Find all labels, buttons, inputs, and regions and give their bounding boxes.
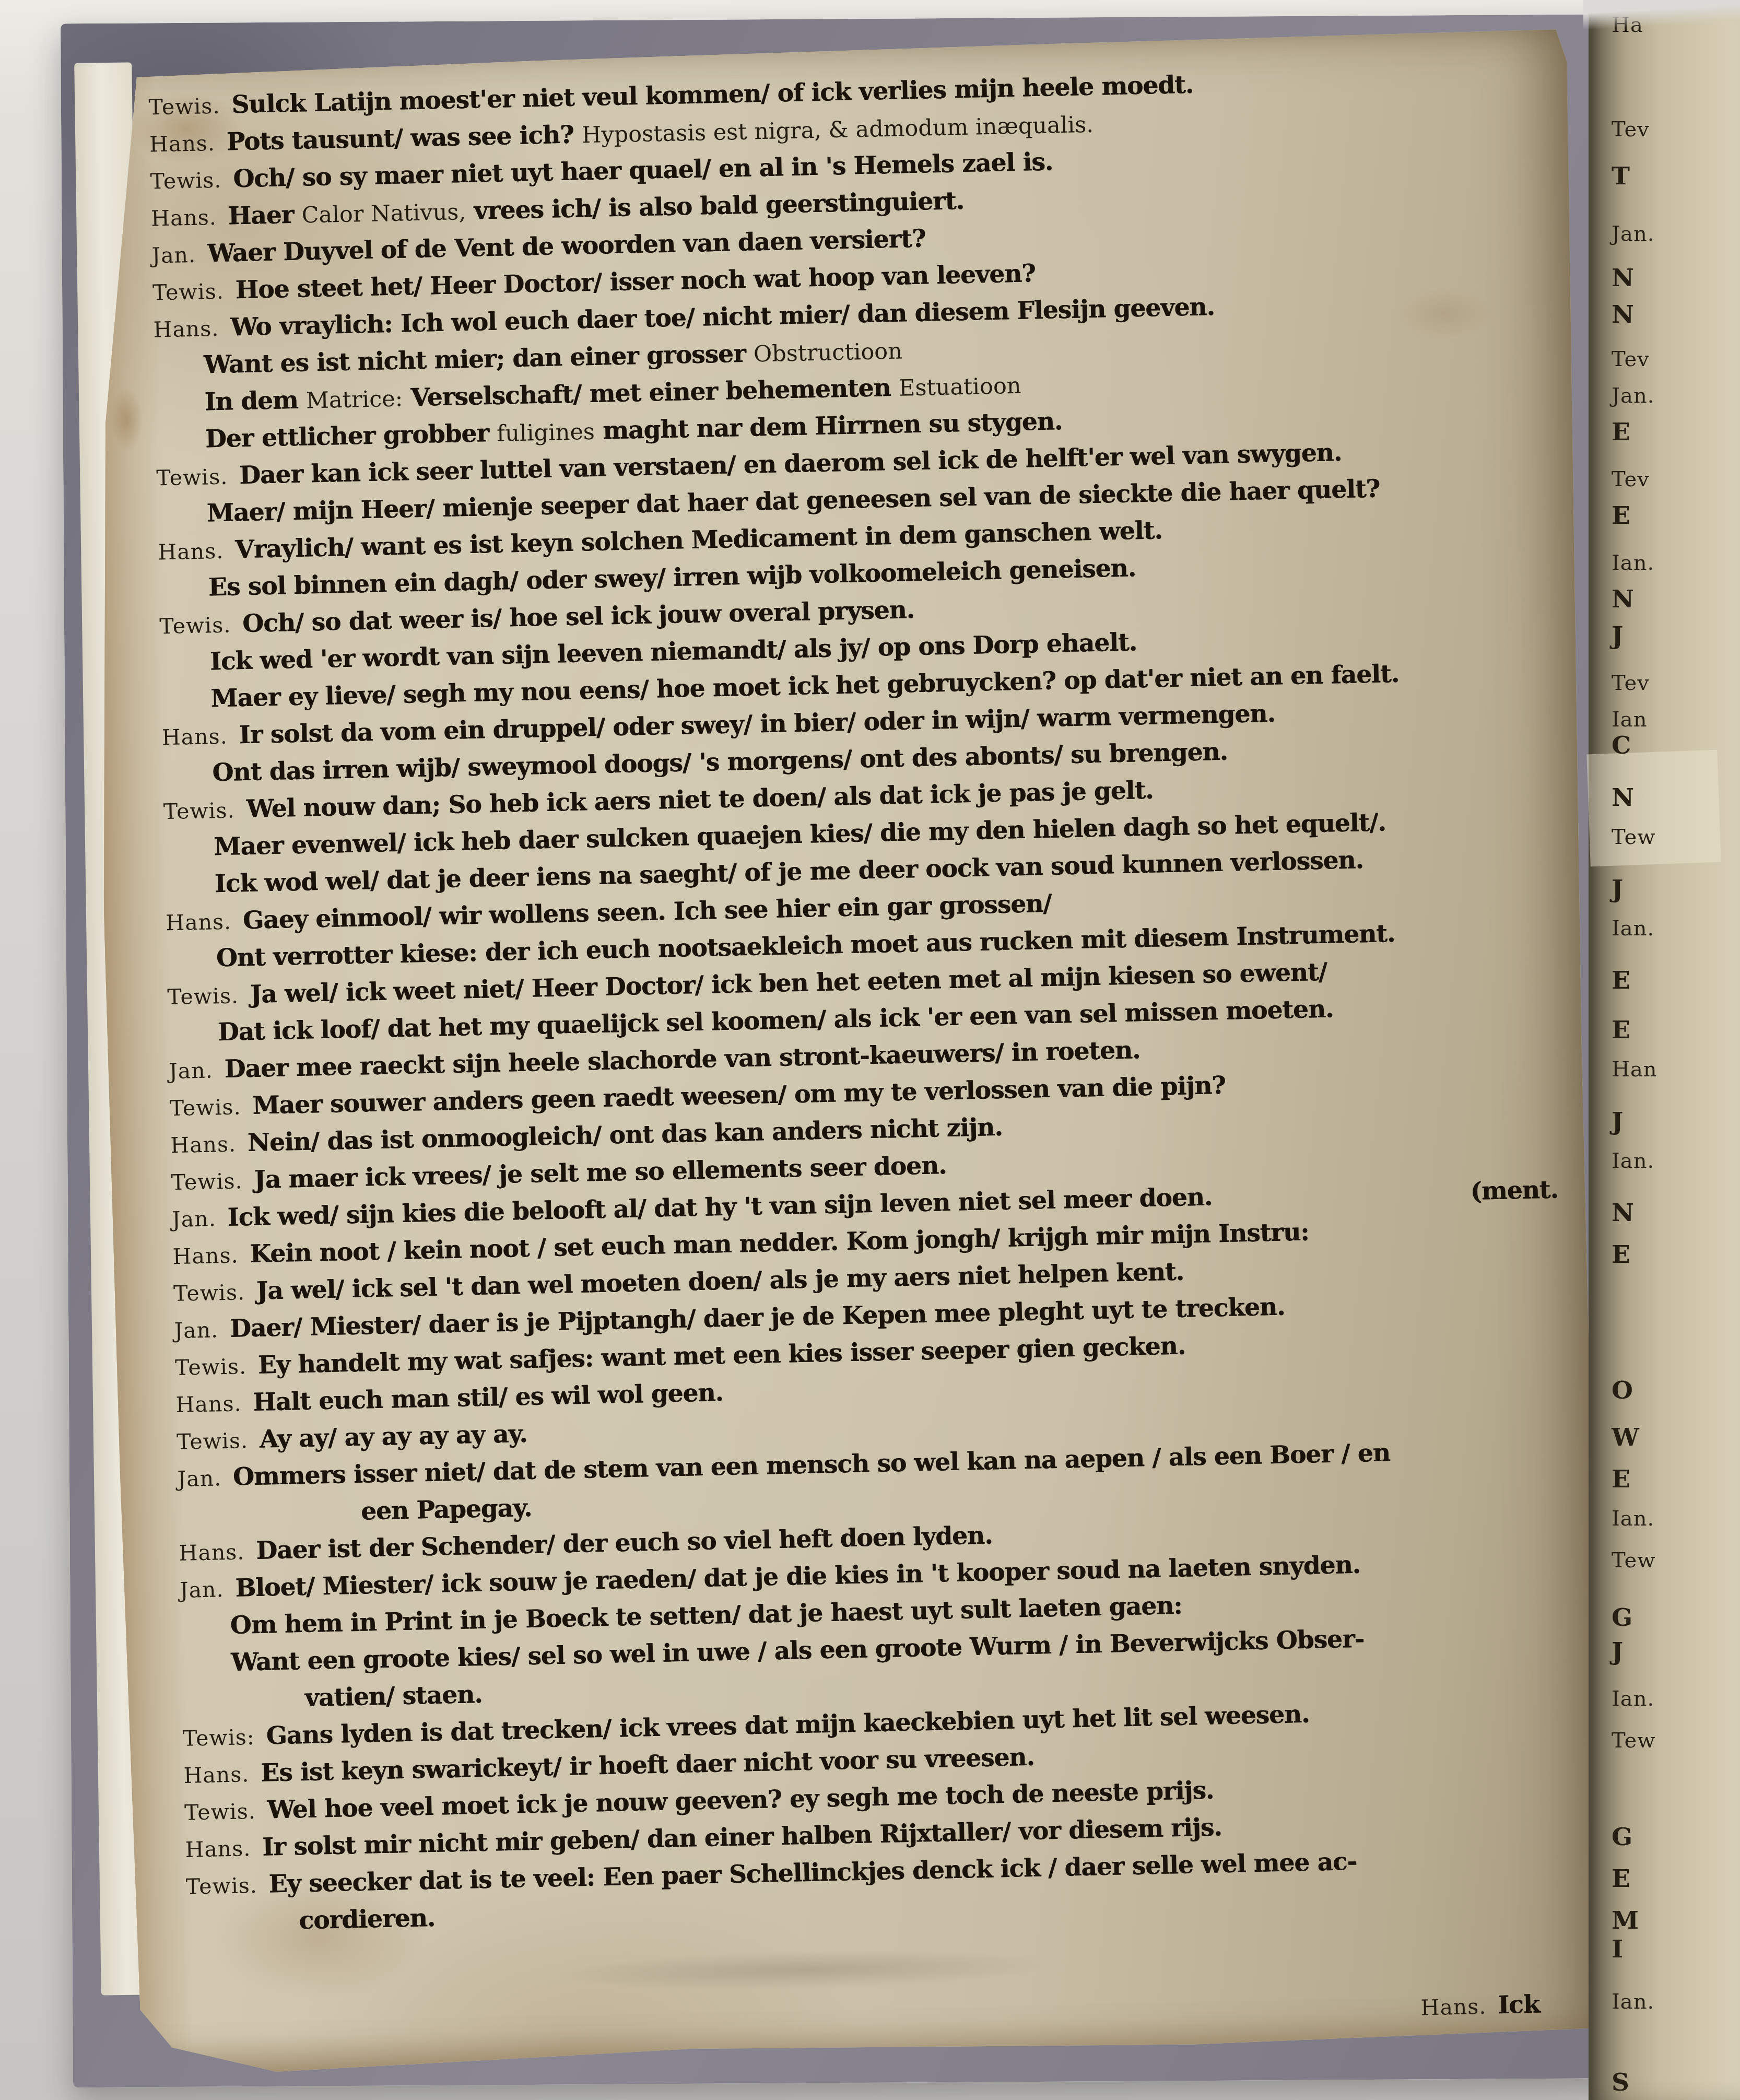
speaker-label: Hans.	[175, 1391, 242, 1417]
speaker-label: Tewis.	[150, 168, 222, 194]
blackletter-text: In dem	[204, 385, 306, 416]
speaker-label: Hans.	[170, 1132, 237, 1158]
facing-page-edge: HaTevTJan.NNTevJan.ETevEIan.NJTevIanCNTe…	[1589, 0, 1740, 2100]
facing-page-fragment: C	[1612, 731, 1630, 760]
speaker-label: Tewis:	[183, 1724, 255, 1751]
speaker-label: Tewis.	[152, 279, 225, 306]
facing-page-fragment: J	[1612, 1107, 1623, 1136]
facing-page-fragment: E	[1612, 1016, 1630, 1045]
facing-page-fragment: J	[1612, 875, 1623, 904]
facing-page-fragment: G	[1612, 1603, 1632, 1632]
facing-page-fragment: N	[1612, 585, 1633, 614]
facing-page-fragment: Tew	[1612, 825, 1655, 849]
blackletter-text: Ay ay/ ay ay ay ay ay.	[259, 1419, 527, 1454]
roman-text: Estuatioon	[898, 373, 1021, 402]
facing-page-fragment: N	[1612, 300, 1633, 329]
roman-text: Calor Nativus,	[301, 199, 466, 229]
facing-page-fragment: S	[1612, 2068, 1629, 2097]
facing-page-fragment: E	[1612, 966, 1630, 995]
facing-page-fragment: N	[1612, 783, 1633, 812]
book-page: Tewis.Sulck Latijn moest'er niet veul ko…	[86, 29, 1608, 2081]
speaker-label: Hans.	[179, 1539, 245, 1566]
facing-page-fragment: Tev	[1612, 671, 1650, 695]
speaker-label: Jan.	[169, 1058, 213, 1084]
roman-text: fuligines	[497, 419, 595, 447]
speaker-label: Hans.	[166, 909, 232, 936]
speaker-label: Tewis.	[184, 1799, 256, 1825]
facing-page-fragment: Ian.	[1612, 551, 1654, 575]
speaker-label: Tewis.	[169, 1094, 241, 1121]
facing-page-fragment: E	[1612, 1465, 1630, 1494]
roman-text: Matrice:	[305, 386, 403, 414]
speaker-label: Hans.	[172, 1243, 239, 1270]
speaker-label: Tewis.	[167, 983, 239, 1010]
facing-page-fragment: E	[1612, 501, 1630, 530]
facing-page-fragment: N	[1612, 264, 1633, 292]
facing-page-fragment: E	[1612, 1864, 1630, 1893]
speaker-label: Hans.	[185, 1836, 251, 1862]
speaker-label: Hans.	[151, 205, 217, 231]
facing-page-fragment: Jan.	[1612, 384, 1654, 408]
backdrop-corner	[1583, 0, 1740, 33]
blackletter-text: Haer	[228, 201, 302, 231]
facing-page-fragment: Jan.	[1612, 222, 1654, 246]
facing-page-fragment: Ian.	[1612, 1149, 1654, 1173]
facing-page-fragment: E	[1612, 418, 1630, 447]
facing-page-fragment: Tev	[1612, 118, 1650, 142]
facing-page-fragment: Ian.	[1612, 917, 1654, 941]
speaker-label: Tewis.	[171, 1168, 243, 1195]
roman-text: Obstructioon	[753, 338, 902, 368]
facing-page-fragment: Han	[1612, 1058, 1657, 1082]
facing-page-fragment: J	[1612, 621, 1623, 650]
catchword: Hans.Ick	[1420, 1990, 1540, 2022]
facing-page-fragment: J	[1612, 1637, 1623, 1666]
facing-page-fragment: M	[1612, 1906, 1638, 1935]
speaker-label: Tewis.	[177, 1428, 249, 1454]
facing-page-fragment: W	[1612, 1423, 1639, 1452]
dialogue-text-block: Tewis.Sulck Latijn moest'er niet veul ko…	[148, 63, 1576, 1946]
facing-page-fragment: Tev	[1612, 347, 1650, 371]
facing-page-fragment: G	[1612, 1823, 1632, 1851]
facing-page-fragment: Ian	[1612, 708, 1647, 732]
facing-page-fragment: Ian.	[1612, 1990, 1654, 2014]
blackletter-text: Der ettlicher grobber	[205, 419, 497, 454]
facing-page-fragment: Tev	[1612, 467, 1650, 491]
speaker-label: Jan.	[172, 1206, 216, 1232]
speaker-label: Jan.	[174, 1317, 218, 1343]
speaker-label: Hans.	[158, 538, 224, 565]
speaker-label: Hans.	[153, 316, 219, 343]
speaker-label: Tewis.	[173, 1280, 245, 1306]
facing-page-fragment: Ian.	[1612, 1507, 1654, 1531]
turnover-text: (ment.	[1470, 1176, 1558, 1206]
facing-page-fragment: I	[1612, 1935, 1623, 1964]
speaker-label: Tewis.	[148, 93, 220, 120]
speaker-label: Tewis.	[175, 1354, 247, 1380]
facing-page-fragment: N	[1612, 1199, 1633, 1227]
speaker-label: Jan.	[180, 1577, 224, 1603]
speaker-label: Jan.	[151, 242, 196, 268]
speaker-label: Tewis.	[159, 613, 231, 639]
speaker-label: Hans.	[161, 724, 228, 750]
blackletter-text: vatien/ staen.	[304, 1680, 483, 1712]
facing-page-fragment: Ian.	[1612, 1687, 1654, 1711]
paper-stain	[102, 372, 151, 467]
show-through-smudge	[491, 1940, 1119, 2000]
speaker-label: Tewis.	[186, 1873, 258, 1899]
speaker-label: Tewis.	[156, 464, 228, 491]
speaker-label: Hans.	[183, 1762, 250, 1788]
speaker-label: Hans.	[149, 131, 216, 157]
facing-page-fragment: T	[1612, 162, 1629, 191]
catchword-word: Ick	[1498, 1990, 1540, 2020]
facing-page-fragment: Tew	[1612, 1729, 1655, 1753]
facing-page-fragment: O	[1612, 1376, 1632, 1405]
speaker-label: Jan.	[177, 1465, 221, 1492]
facing-page-fragment: E	[1612, 1240, 1630, 1269]
blackletter-text: cordieren.	[299, 1904, 436, 1935]
catchword-speaker: Hans.	[1420, 1994, 1487, 2021]
blackletter-text: een Papegay.	[361, 1494, 532, 1526]
facing-page-fragment: Tew	[1612, 1548, 1655, 1573]
speaker-label: Tewis.	[163, 797, 235, 824]
